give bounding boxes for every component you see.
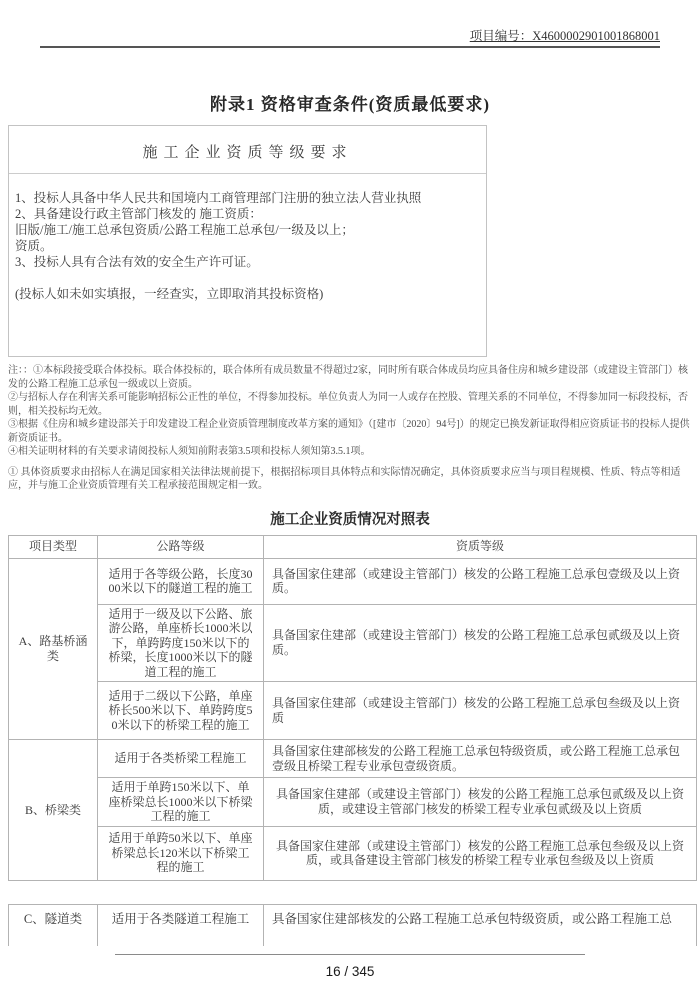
footer-rule bbox=[115, 954, 585, 955]
notes-block: 注：：①本标段接受联合体投标。联合体投标的，联合体所有成员数量不得超过2家，同时… bbox=[8, 364, 697, 493]
requirement-line: 1、投标人具备中华人民共和国境内工商管理部门注册的独立法人营业执照 bbox=[15, 190, 480, 206]
table-row: 适用于单跨150米以下、单座桥梁总长1000米以下桥梁工程的施工 具备国家住建部… bbox=[9, 778, 697, 827]
col-header-project-type: 项目类型 bbox=[9, 535, 98, 558]
qualification-box-title: 施工企业资质等级要求 bbox=[9, 126, 486, 174]
qualification-requirement-box: 施工企业资质等级要求 1、投标人具备中华人民共和国境内工商管理部门注册的独立法人… bbox=[8, 125, 487, 357]
cell-road-grade: 适用于一级及以下公路、旅游公路，单座桥长1000米以下，单跨跨度150米以下的桥… bbox=[98, 604, 264, 682]
cell-road-grade: 适用于单跨50米以下、单座桥梁总长120米以下桥梁工程的施工 bbox=[98, 826, 264, 880]
doc-title: 附录1 资格审查条件(资质最低要求) bbox=[0, 90, 700, 115]
cell-road-grade: 适用于单跨150米以下、单座桥梁总长1000米以下桥梁工程的施工 bbox=[98, 778, 264, 827]
cell-qualification: 具备国家住建部（或建设主管部门）核发的公路工程施工总承包叁级及以上资质，或具备建… bbox=[264, 826, 697, 880]
requirement-line: (投标人如未如实填报，一经查实，立即取消其投标资格) bbox=[15, 286, 480, 302]
note-line: 注：：①本标段接受联合体投标。联合体投标的，联合体所有成员数量不得超过2家，同时… bbox=[8, 364, 697, 391]
col-header-qual-grade: 资质等级 bbox=[264, 535, 697, 558]
cell-road-grade: 适用于二级以下公路，单座桥长500米以下、单跨跨度50米以下的桥梁工程的施工 bbox=[98, 682, 264, 740]
table-title: 施工企业资质情况对照表 bbox=[0, 508, 700, 529]
cell-project-type-b: B、桥梁类 bbox=[9, 740, 98, 881]
col-header-road-grade: 公路等级 bbox=[98, 535, 264, 558]
table-row: 适用于单跨50米以下、单座桥梁总长120米以下桥梁工程的施工 具备国家住建部（或… bbox=[9, 826, 697, 880]
cell-qualification: 具备国家住建部核发的公路工程施工总承包特级资质，或公路工程施工总承包壹级且桥梁工… bbox=[264, 740, 697, 778]
cell-qualification: 具备国家住建部（或建设主管部门）核发的公路工程施工总承包贰级及以上资质。 bbox=[264, 604, 697, 682]
qualification-table: 项目类型 公路等级 资质等级 A、路基桥涵类 适用于各等级公路，长度3000米以… bbox=[8, 535, 697, 881]
qualification-box-body: 1、投标人具备中华人民共和国境内工商管理部门注册的独立法人营业执照 2、具备建设… bbox=[9, 174, 486, 302]
requirement-line: 2、具备建设行政主管部门核发的 施工资质： bbox=[15, 206, 480, 222]
cell-project-type-c: C、隧道类 bbox=[9, 904, 98, 946]
note-line: ②与招标人存在利害关系可能影响招标公正性的单位，不得参加投标。单位负责人为同一人… bbox=[8, 391, 697, 418]
cell-qualification: 具备国家住建部核发的公路工程施工总承包特级资质，或公路工程施工总 bbox=[264, 904, 697, 946]
requirement-line: 旧版/施工/施工总承包资质/公路工程施工总承包/一级及以上； bbox=[15, 222, 480, 238]
note-extra-line: ① 具体资质要求由招标人在满足国家相关法律法规前提下，根据招标项目具体特点和实际… bbox=[8, 466, 697, 493]
table-row: 适用于一级及以下公路、旅游公路，单座桥长1000米以下，单跨跨度150米以下的桥… bbox=[9, 604, 697, 682]
cell-road-grade: 适用于各类桥梁工程施工 bbox=[98, 740, 264, 778]
qualification-table-continuation: C、隧道类 适用于各类隧道工程施工 具备国家住建部核发的公路工程施工总承包特级资… bbox=[8, 904, 697, 947]
table-row: 适用于二级以下公路，单座桥长500米以下、单跨跨度50米以下的桥梁工程的施工 具… bbox=[9, 682, 697, 740]
cell-qualification: 具备国家住建部（或建设主管部门）核发的公路工程施工总承包叁级及以上资质 bbox=[264, 682, 697, 740]
requirement-line-spacer bbox=[15, 270, 480, 286]
page-indicator: 16 / 345 bbox=[0, 964, 700, 979]
cell-qualification: 具备国家住建部（或建设主管部门）核发的公路工程施工总承包壹级及以上资质。 bbox=[264, 558, 697, 604]
project-number: 项目编号：X4600002901001868001 bbox=[470, 29, 660, 43]
note-line: ③根据《住房和城乡建设部关于印发建设工程企业资质管理制度改革方案的通知》（[建市… bbox=[8, 418, 697, 445]
cell-qualification: 具备国家住建部（或建设主管部门）核发的公路工程施工总承包贰级及以上资质，或建设主… bbox=[264, 778, 697, 827]
table-row: B、桥梁类 适用于各类桥梁工程施工 具备国家住建部核发的公路工程施工总承包特级资… bbox=[9, 740, 697, 778]
requirement-line: 3、投标人具有合法有效的安全生产许可证。 bbox=[15, 254, 480, 270]
table-header-row: 项目类型 公路等级 资质等级 bbox=[9, 535, 697, 558]
cell-project-type-a: A、路基桥涵类 bbox=[9, 558, 98, 740]
document-page: 项目编号：X4600002901001868001 附录1 资格审查条件(资质最… bbox=[0, 0, 700, 990]
table-row: C、隧道类 适用于各类隧道工程施工 具备国家住建部核发的公路工程施工总承包特级资… bbox=[9, 904, 697, 946]
note-line: ④相关证明材料的有关要求请阅投标人须知前附表第3.5项和投标人须知第3.5.1项… bbox=[8, 445, 697, 459]
cell-road-grade: 适用于各类隧道工程施工 bbox=[98, 904, 264, 946]
cell-road-grade: 适用于各等级公路，长度3000米以下的隧道工程的施工 bbox=[98, 558, 264, 604]
table-row: A、路基桥涵类 适用于各等级公路，长度3000米以下的隧道工程的施工 具备国家住… bbox=[9, 558, 697, 604]
requirement-line: 资质。 bbox=[15, 238, 480, 254]
page-header-rule: 项目编号：X4600002901001868001 bbox=[40, 26, 660, 48]
